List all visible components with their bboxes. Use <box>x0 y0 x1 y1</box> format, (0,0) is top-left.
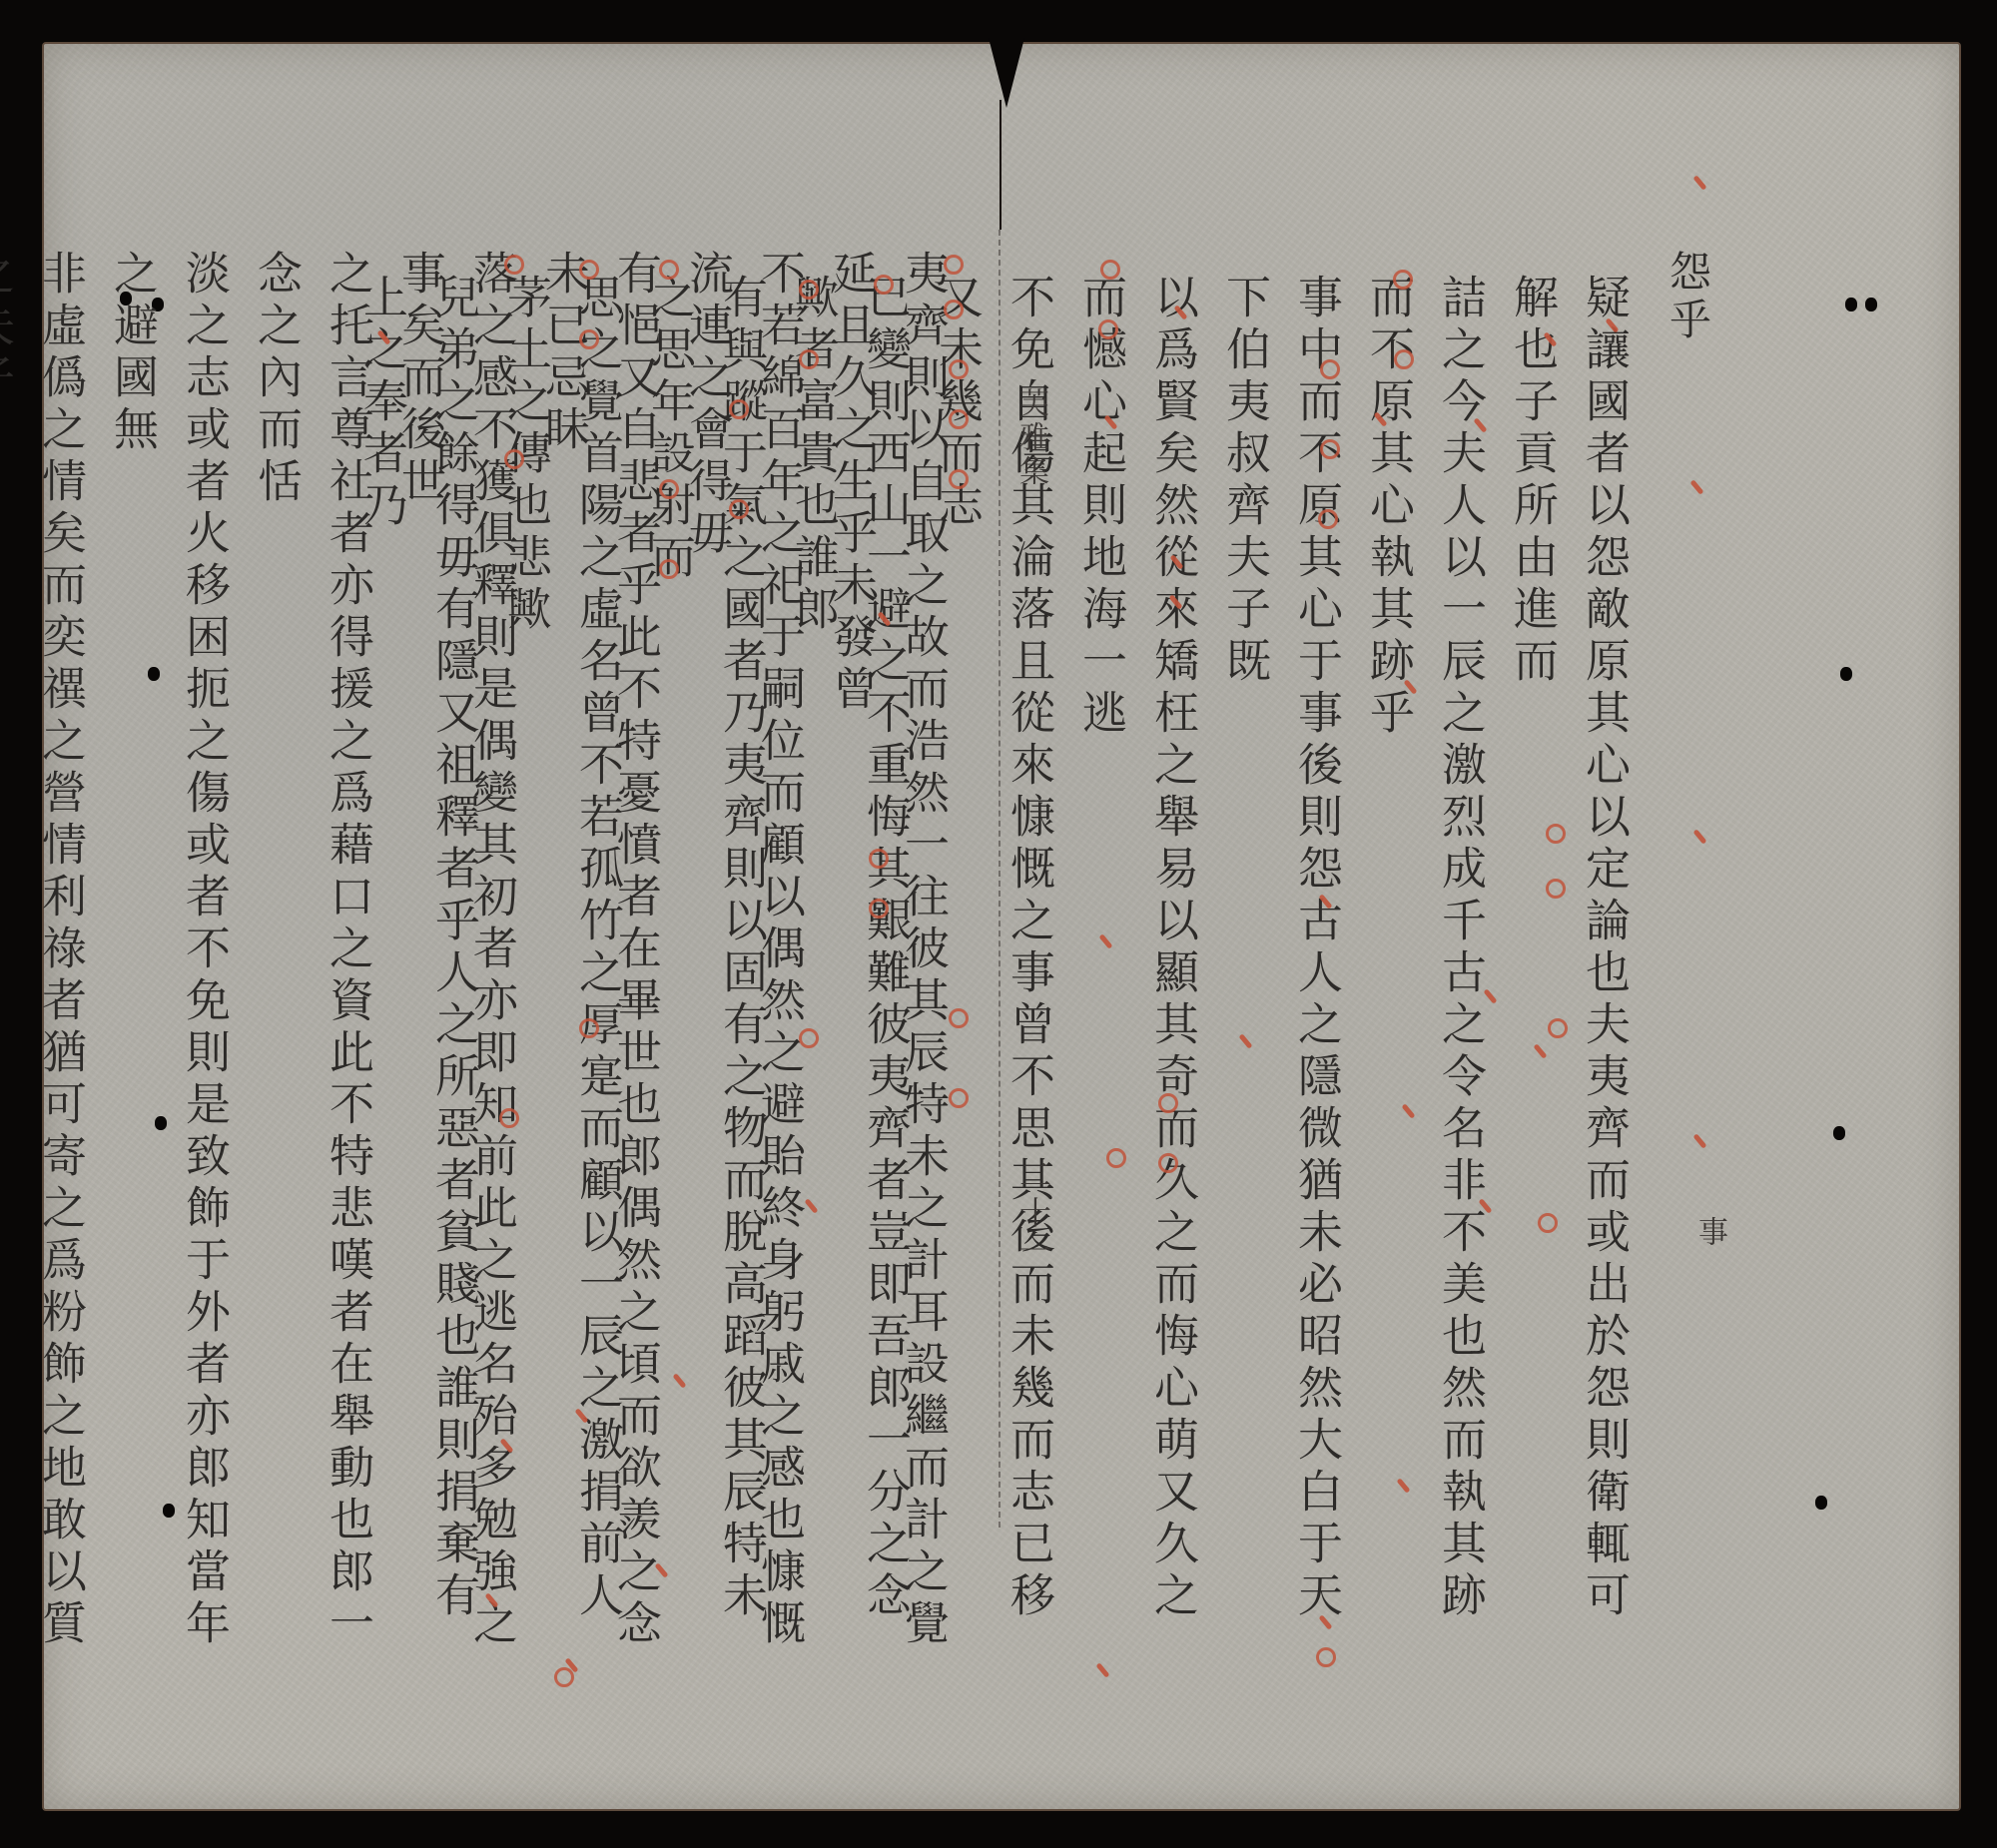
text-column: 之托言尊社者亦得援之爲藉口之資此不特悲嘆者在舉動也郎一念之內而恬 <box>240 250 383 1687</box>
red-punctuation-circle <box>944 300 964 319</box>
red-punctuation-circle <box>1320 439 1340 459</box>
page-number: 二十一 <box>1010 1158 1056 1272</box>
red-punctuation-circle <box>659 479 679 499</box>
red-punctuation-circle <box>874 275 894 295</box>
red-punctuation-circle <box>944 255 964 275</box>
red-punctuation-circle <box>1320 359 1340 379</box>
red-punctuation-circle <box>729 399 749 419</box>
red-punctuation-circle <box>949 1088 969 1108</box>
red-punctuation-circle <box>499 1108 519 1128</box>
manuscript-scan: 怨乎 疑讓國者以怨敵原其心以定論也夫夷齊而或出於怨則衛輒可解也子貢所由進而 詰之… <box>0 0 1997 1848</box>
text-column: 疑讓國者以怨敵原其心以定論也夫夷齊而或出於怨則衛輒可解也子貢所由進而 <box>1496 274 1640 1661</box>
text-column: 不若綿百年之祀于嗣位而顧以偶然之避貽終身躬戚之感也慷慨流連之會得毋 <box>671 250 815 1687</box>
red-punctuation-circle <box>869 849 889 869</box>
red-punctuation-circle <box>799 349 819 369</box>
red-punctuation-circle <box>659 260 679 280</box>
red-punctuation-circle <box>1538 1213 1558 1233</box>
red-punctuation-circle <box>659 559 679 579</box>
red-punctuation-circle <box>1548 1018 1568 1038</box>
text-column: 事中而不原其心于事後則怨古人之隱微猶未必昭然大白于天下伯夷叔齊夫子既 <box>1208 274 1352 1661</box>
red-punctuation-circle <box>579 1018 599 1038</box>
red-punctuation-circle <box>949 409 969 429</box>
red-punctuation-circle <box>1158 1093 1178 1113</box>
red-punctuation-circle <box>1394 349 1414 369</box>
text-column: 以爲賢矣然從來矯枉之舉易以顯其奇而久之而悔心萌又久之而憾心起則地海一逃 <box>1064 274 1208 1661</box>
red-punctuation-circle <box>1158 1153 1178 1173</box>
red-punctuation-circle <box>1393 270 1413 290</box>
text-column: 淡之志或者火移困扼之傷或者不免則是致飾于外者亦郎知當年之避國無 <box>96 250 240 1687</box>
red-punctuation-circle <box>799 280 819 300</box>
binding-hole <box>1815 1496 1827 1510</box>
text-column: 詰之今夫人以一辰之激烈成千古之令名非不美也然而執其跡而不原其心執其跡乎 <box>1352 274 1496 1661</box>
red-punctuation-circle <box>949 469 969 489</box>
red-punctuation-circle <box>504 255 524 275</box>
red-punctuation-circle <box>1316 1647 1336 1667</box>
red-punctuation-circle <box>729 499 749 519</box>
margin-annotation: 事 <box>1687 1216 1731 1246</box>
binding-hole <box>1840 667 1852 681</box>
red-punctuation-circle <box>579 329 599 349</box>
red-punctuation-circle <box>554 1667 574 1687</box>
red-punctuation-circle <box>799 1028 819 1048</box>
text-column: 有悒又自悲者乎此不特憂憤者在畢世也郎偶然之頃而欲羨之念未已忌眛 <box>527 250 671 1687</box>
text-column: 夷齊則以自取之故而浩然一往彼其辰特未之計耳設繼而計之覺延且久之生乎未發曾 <box>815 250 959 1687</box>
red-punctuation-circle <box>1318 509 1338 529</box>
red-punctuation-circle <box>1106 1148 1126 1168</box>
left-page-text: 夷齊則以自取之故而浩然一往彼其辰特未之計耳設繼而計之覺延且久之生乎未發曾 不若綿… <box>0 250 959 1687</box>
book-title-label: 芙雅集 <box>1008 387 1052 489</box>
red-punctuation-circle <box>1546 879 1566 899</box>
binding-hole <box>1833 1126 1845 1140</box>
red-punctuation-circle <box>579 260 599 280</box>
binding-hole <box>1865 298 1877 311</box>
text-column: 非虛僞之情矣而奕禩之營情利祿者猶可寄之爲粉飾之地敢以質之夫子 <box>0 250 96 1687</box>
red-punctuation-circle <box>1546 824 1566 844</box>
red-punctuation-circle <box>949 359 969 379</box>
red-punctuation-circle <box>949 1008 969 1028</box>
red-punctuation-circle <box>869 899 889 919</box>
center-fold-notch <box>989 38 1024 108</box>
red-punctuation-circle <box>1100 260 1120 280</box>
red-punctuation-circle <box>1098 319 1118 339</box>
binding-hole <box>1845 298 1857 311</box>
red-punctuation-circle <box>504 449 524 469</box>
center-fold-crease <box>999 100 1001 230</box>
section-heading: 怨乎 <box>1658 250 1717 345</box>
